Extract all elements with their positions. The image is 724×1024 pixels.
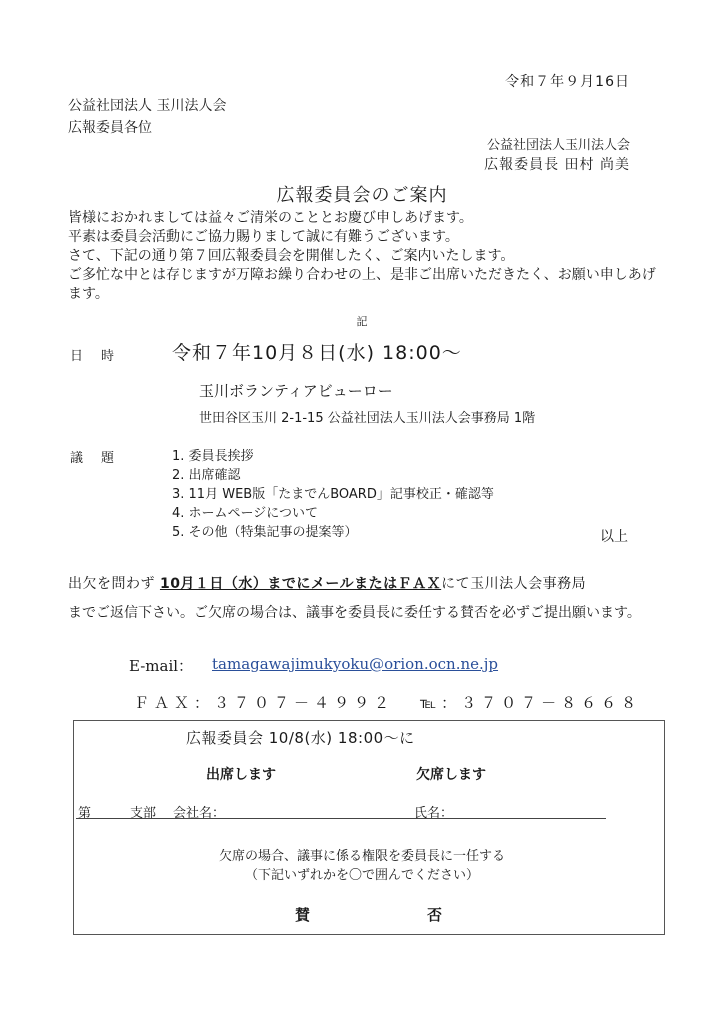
- datetime-value: 令和７年10月８日(水) 18:00～: [172, 338, 462, 365]
- approve-option[interactable]: 賛: [295, 904, 310, 925]
- venue-address: 世田谷区玉川 2-1-15 公益社団法人玉川法人会事務局 1階: [199, 407, 535, 426]
- agenda-label: 議題: [70, 447, 132, 466]
- document-title: 広報委員会のご案内: [0, 181, 724, 207]
- datetime-label: 日時: [70, 345, 132, 364]
- email-label: E-mail：: [129, 655, 193, 676]
- reply-deadline: 10月１日（水）までにメールまたはＦＡＸ: [160, 576, 441, 592]
- delegate-instruction: （下記いずれかを〇で囲んでください）: [0, 864, 724, 883]
- venue: 玉川ボランティアビューロー: [199, 380, 393, 401]
- sender-organization: 公益社団法人玉川法人会: [487, 134, 630, 153]
- ki-heading: 記: [0, 313, 724, 329]
- disapprove-option[interactable]: 否: [427, 904, 442, 925]
- recipient-organization: 公益社団法人 玉川法人会: [68, 95, 226, 115]
- form-title: 広報委員会 10/8(水) 18:00～に: [186, 727, 415, 748]
- attend-option[interactable]: 出席します: [206, 764, 276, 784]
- agenda-item: 5. その他（特集記事の提案等）: [172, 523, 494, 542]
- reply-form-box: [73, 720, 665, 935]
- sender: 広報委員長 田村 尚美: [484, 154, 630, 174]
- email-link[interactable]: tamagawajimukyoku@orion.ocn.ne.jp: [212, 655, 498, 673]
- agenda-item: 4. ホームページについて: [172, 504, 494, 523]
- reply-body: までご返信下さい。ご欠席の場合は、議事を委員長に委任する賛否を必ずご提出願います…: [68, 603, 668, 624]
- agenda-item: 3. 11月 WEB版「たまでんBOARD」記事校正・確認等: [172, 485, 494, 504]
- body-paragraph: 平素は委員会活動にご協力賜りまして誠に有難うございます。: [68, 228, 668, 247]
- reply-suffix: にて玉川法人会事務局: [441, 576, 586, 592]
- fax-number: ＦＡＸ：３７０７－４９９２: [134, 692, 394, 713]
- reply-prefix: 出欠を問わず: [68, 576, 155, 592]
- delegate-statement: 欠席の場合、議事に係る権限を委員長に一任する: [0, 845, 724, 864]
- agenda-item: 1. 委員長挨拶: [172, 447, 494, 466]
- body-paragraph: 皆様におかれましては益々ご清栄のこととお慶び申しあげます。: [68, 209, 668, 228]
- closing-mark: 以上: [600, 526, 628, 546]
- reply-instruction: 出欠を問わず 10月１日（水）までにメールまたはＦＡＸにて玉川法人会事務局: [68, 573, 586, 593]
- body-paragraph: ご多忙な中とは存じますが万障お繰り合わせの上、是非ご出席いただきたく、お願い申し…: [68, 266, 668, 304]
- agenda-list: 1. 委員長挨拶 2. 出席確認 3. 11月 WEB版「たまでんBOARD」記…: [172, 447, 494, 542]
- form-underline: [76, 818, 606, 819]
- absent-option[interactable]: 欠席します: [416, 764, 486, 784]
- document-date: 令和７年９月16日: [505, 71, 630, 91]
- body-paragraph: さて、下記の通り第７回広報委員会を開催したく、ご案内いたします。: [68, 247, 668, 266]
- recipient: 広報委員各位: [68, 117, 152, 137]
- tel-number: ℡：３７０７－８６６８: [420, 692, 641, 713]
- body-text: 皆様におかれましては益々ご清栄のこととお慶び申しあげます。 平素は委員会活動にご…: [68, 209, 668, 304]
- agenda-item: 2. 出席確認: [172, 466, 494, 485]
